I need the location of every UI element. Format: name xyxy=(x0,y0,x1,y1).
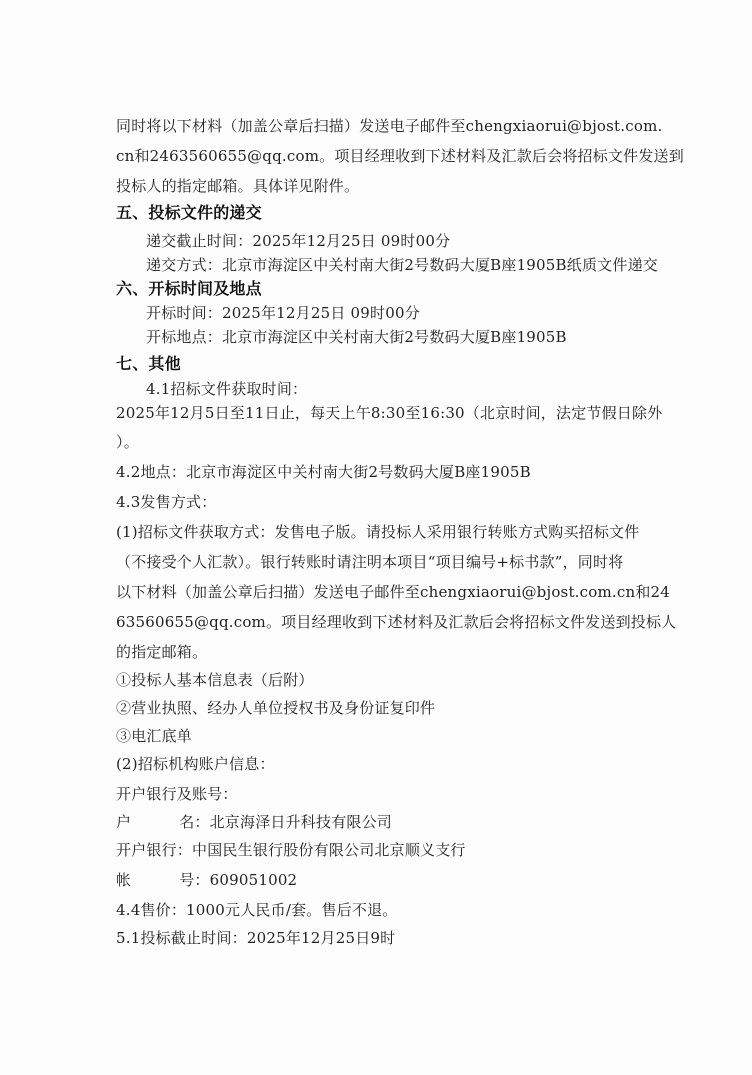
account-number-label-b: 号： xyxy=(179,871,209,889)
item-4-1-line-2: ）。 xyxy=(116,432,139,452)
intro-line-2: cn和2463560655@qq.com。项目经理收到下述材料及汇款后会将招标文… xyxy=(116,146,684,166)
intro-line-3: 投标人的指定邮箱。具体详见附件。 xyxy=(116,176,359,196)
material-item-1: ①投标人基本信息表（后附） xyxy=(116,670,314,690)
item-4-2: 4.2地点：北京市海淀区中关村南大街2号数码大厦B座1905B xyxy=(116,462,531,482)
section-7-heading: 七、其他 xyxy=(116,354,181,374)
item-4-3-p1-line-3: 以下材料（加盖公章后扫描）发送电子邮件至chengxiaorui@bjost.c… xyxy=(116,582,670,602)
item-4-3-p1-line-2: （不接受个人汇款）。银行转账时请注明本项目“项目编号+标书款”，同时将 xyxy=(116,552,623,572)
account-name-row: 户名：北京海泽日升科技有限公司 xyxy=(116,812,392,832)
item-4-4-price: 4.4售价：1000元人民币/套。售后不退。 xyxy=(116,900,397,920)
item-5-1-deadline: 5.1投标截止时间：2025年12月25日9时 xyxy=(116,928,395,948)
bank-title: 开户银行及账号： xyxy=(116,784,238,804)
submission-method: 递交方式：北京市海淀区中关村南大街2号数码大厦B座1905B纸质文件递交 xyxy=(146,255,658,275)
item-4-3-title: 4.3发售方式： xyxy=(116,492,216,512)
item-4-3-p1-line-4: 63560655@qq.com。项目经理收到下述材料及汇款后会将招标文件发送到投… xyxy=(116,612,676,632)
material-item-3: ③电汇底单 xyxy=(116,726,192,746)
bank-label: 开户银行： xyxy=(116,841,192,859)
item-4-3-p1-line-5: 的指定邮箱。 xyxy=(116,642,207,662)
account-name-value: 北京海泽日升科技有限公司 xyxy=(210,813,392,831)
intro-line-1: 同时将以下材料（加盖公章后扫描）发送电子邮件至chengxiaorui@bjos… xyxy=(116,116,662,136)
item-4-3-p2: (2)招标机构账户信息： xyxy=(116,754,275,774)
item-4-1-title: 4.1招标文件获取时间： xyxy=(146,379,307,399)
item-4-1-line-1: 2025年12月5日至11日止，每天上午8:30至16:30（北京时间，法定节假… xyxy=(116,403,662,423)
bank-value: 中国民生银行股份有限公司北京顺义支行 xyxy=(192,841,466,859)
document-page: 同时将以下材料（加盖公章后扫描）发送电子邮件至chengxiaorui@bjos… xyxy=(0,0,752,1075)
account-number-label-a: 帐 xyxy=(116,871,131,889)
bank-row: 开户银行：中国民生银行股份有限公司北京顺义支行 xyxy=(116,840,466,860)
section-5-heading: 五、投标文件的递交 xyxy=(116,203,262,223)
opening-place: 开标地点：北京市海淀区中关村南大街2号数码大厦B座1905B xyxy=(146,327,567,347)
account-name-label-a: 户 xyxy=(116,813,131,831)
section-6-heading: 六、开标时间及地点 xyxy=(116,279,262,299)
item-4-3-p1-line-1: (1)招标文件获取方式：发售电子版。请投标人采用银行转账方式购买招标文件 xyxy=(116,522,639,542)
account-number-row: 帐号：609051002 xyxy=(116,870,297,890)
material-item-2: ②营业执照、经办人单位授权书及身份证复印件 xyxy=(116,698,435,718)
opening-time: 开标时间：2025年12月25日 09时00分 xyxy=(146,303,420,323)
account-name-label-b: 名： xyxy=(179,813,209,831)
account-number-value: 609051002 xyxy=(210,871,298,889)
submission-deadline: 递交截止时间：2025年12月25日 09时00分 xyxy=(146,231,450,251)
